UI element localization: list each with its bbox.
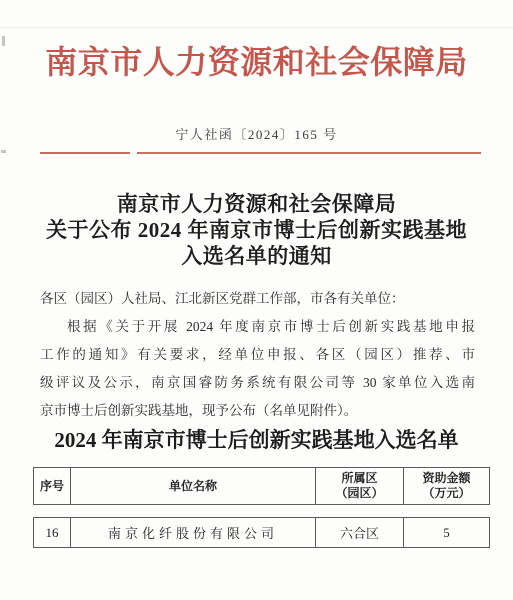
body-line-1: 根据《关于开展 2024 年度南京市博士后创新实践基地申报 xyxy=(40,313,475,341)
notice-title-line-1: 南京市人力资源和社会保障局 xyxy=(0,191,513,217)
scan-artifact-line xyxy=(0,27,513,28)
body-line-2: 工作的通知》有关要求，经单位申报、各区（园区）推荐、市 xyxy=(40,341,475,369)
header-cell-district: 所属区 （园区） xyxy=(316,468,404,504)
scan-speck xyxy=(1,150,6,153)
header-cell-seq: 序号 xyxy=(34,468,71,504)
notice-title: 南京市人力资源和社会保障局 关于公布 2024 年南京市博士后创新实践基地 入选… xyxy=(0,191,513,269)
body-line-3: 级评议及公示，南京国睿防务系统有限公司等 30 家单位入选南 xyxy=(40,369,475,397)
document-page: 南京市人力资源和社会保障局 宁人社函〔2024〕165 号 南京市人力资源和社会… xyxy=(0,0,513,600)
notice-title-line-2: 关于公布 2024 年南京市博士后创新实践基地 xyxy=(0,217,513,243)
red-divider-left-segment xyxy=(40,152,130,154)
red-divider xyxy=(40,152,481,154)
table-row: 16 南京化纤股份有限公司 六合区 5 xyxy=(33,517,490,548)
cell-district: 六合区 xyxy=(316,518,404,547)
header-cell-unit: 单位名称 xyxy=(71,468,316,504)
cell-seq: 16 xyxy=(34,518,71,547)
cell-amount: 5 xyxy=(404,518,489,547)
header-cell-amount: 资助金额 （万元） xyxy=(404,468,489,504)
scan-speck xyxy=(2,36,5,46)
notice-title-line-3: 入选名单的通知 xyxy=(0,243,513,269)
letterhead-title: 南京市人力资源和社会保障局 xyxy=(0,36,513,88)
salutation-line: 各区（园区）人社局、江北新区党群工作部，市各有关单位： xyxy=(40,285,475,313)
body-line-4: 京市博士后创新实践基地，现予公布（名单见附件）。 xyxy=(40,397,475,425)
document-number: 宁人社函〔2024〕165 号 xyxy=(0,125,513,144)
annex-table-title: 2024 年南京市博士后创新实践基地入选名单 xyxy=(0,426,513,454)
red-divider-right-segment xyxy=(137,152,481,154)
cell-unit: 南京化纤股份有限公司 xyxy=(71,518,316,547)
table-header-row: 序号 单位名称 所属区 （园区） 资助金额 （万元） xyxy=(33,467,490,505)
notice-body: 各区（园区）人社局、江北新区党群工作部，市各有关单位： 根据《关于开展 2024… xyxy=(40,285,475,425)
